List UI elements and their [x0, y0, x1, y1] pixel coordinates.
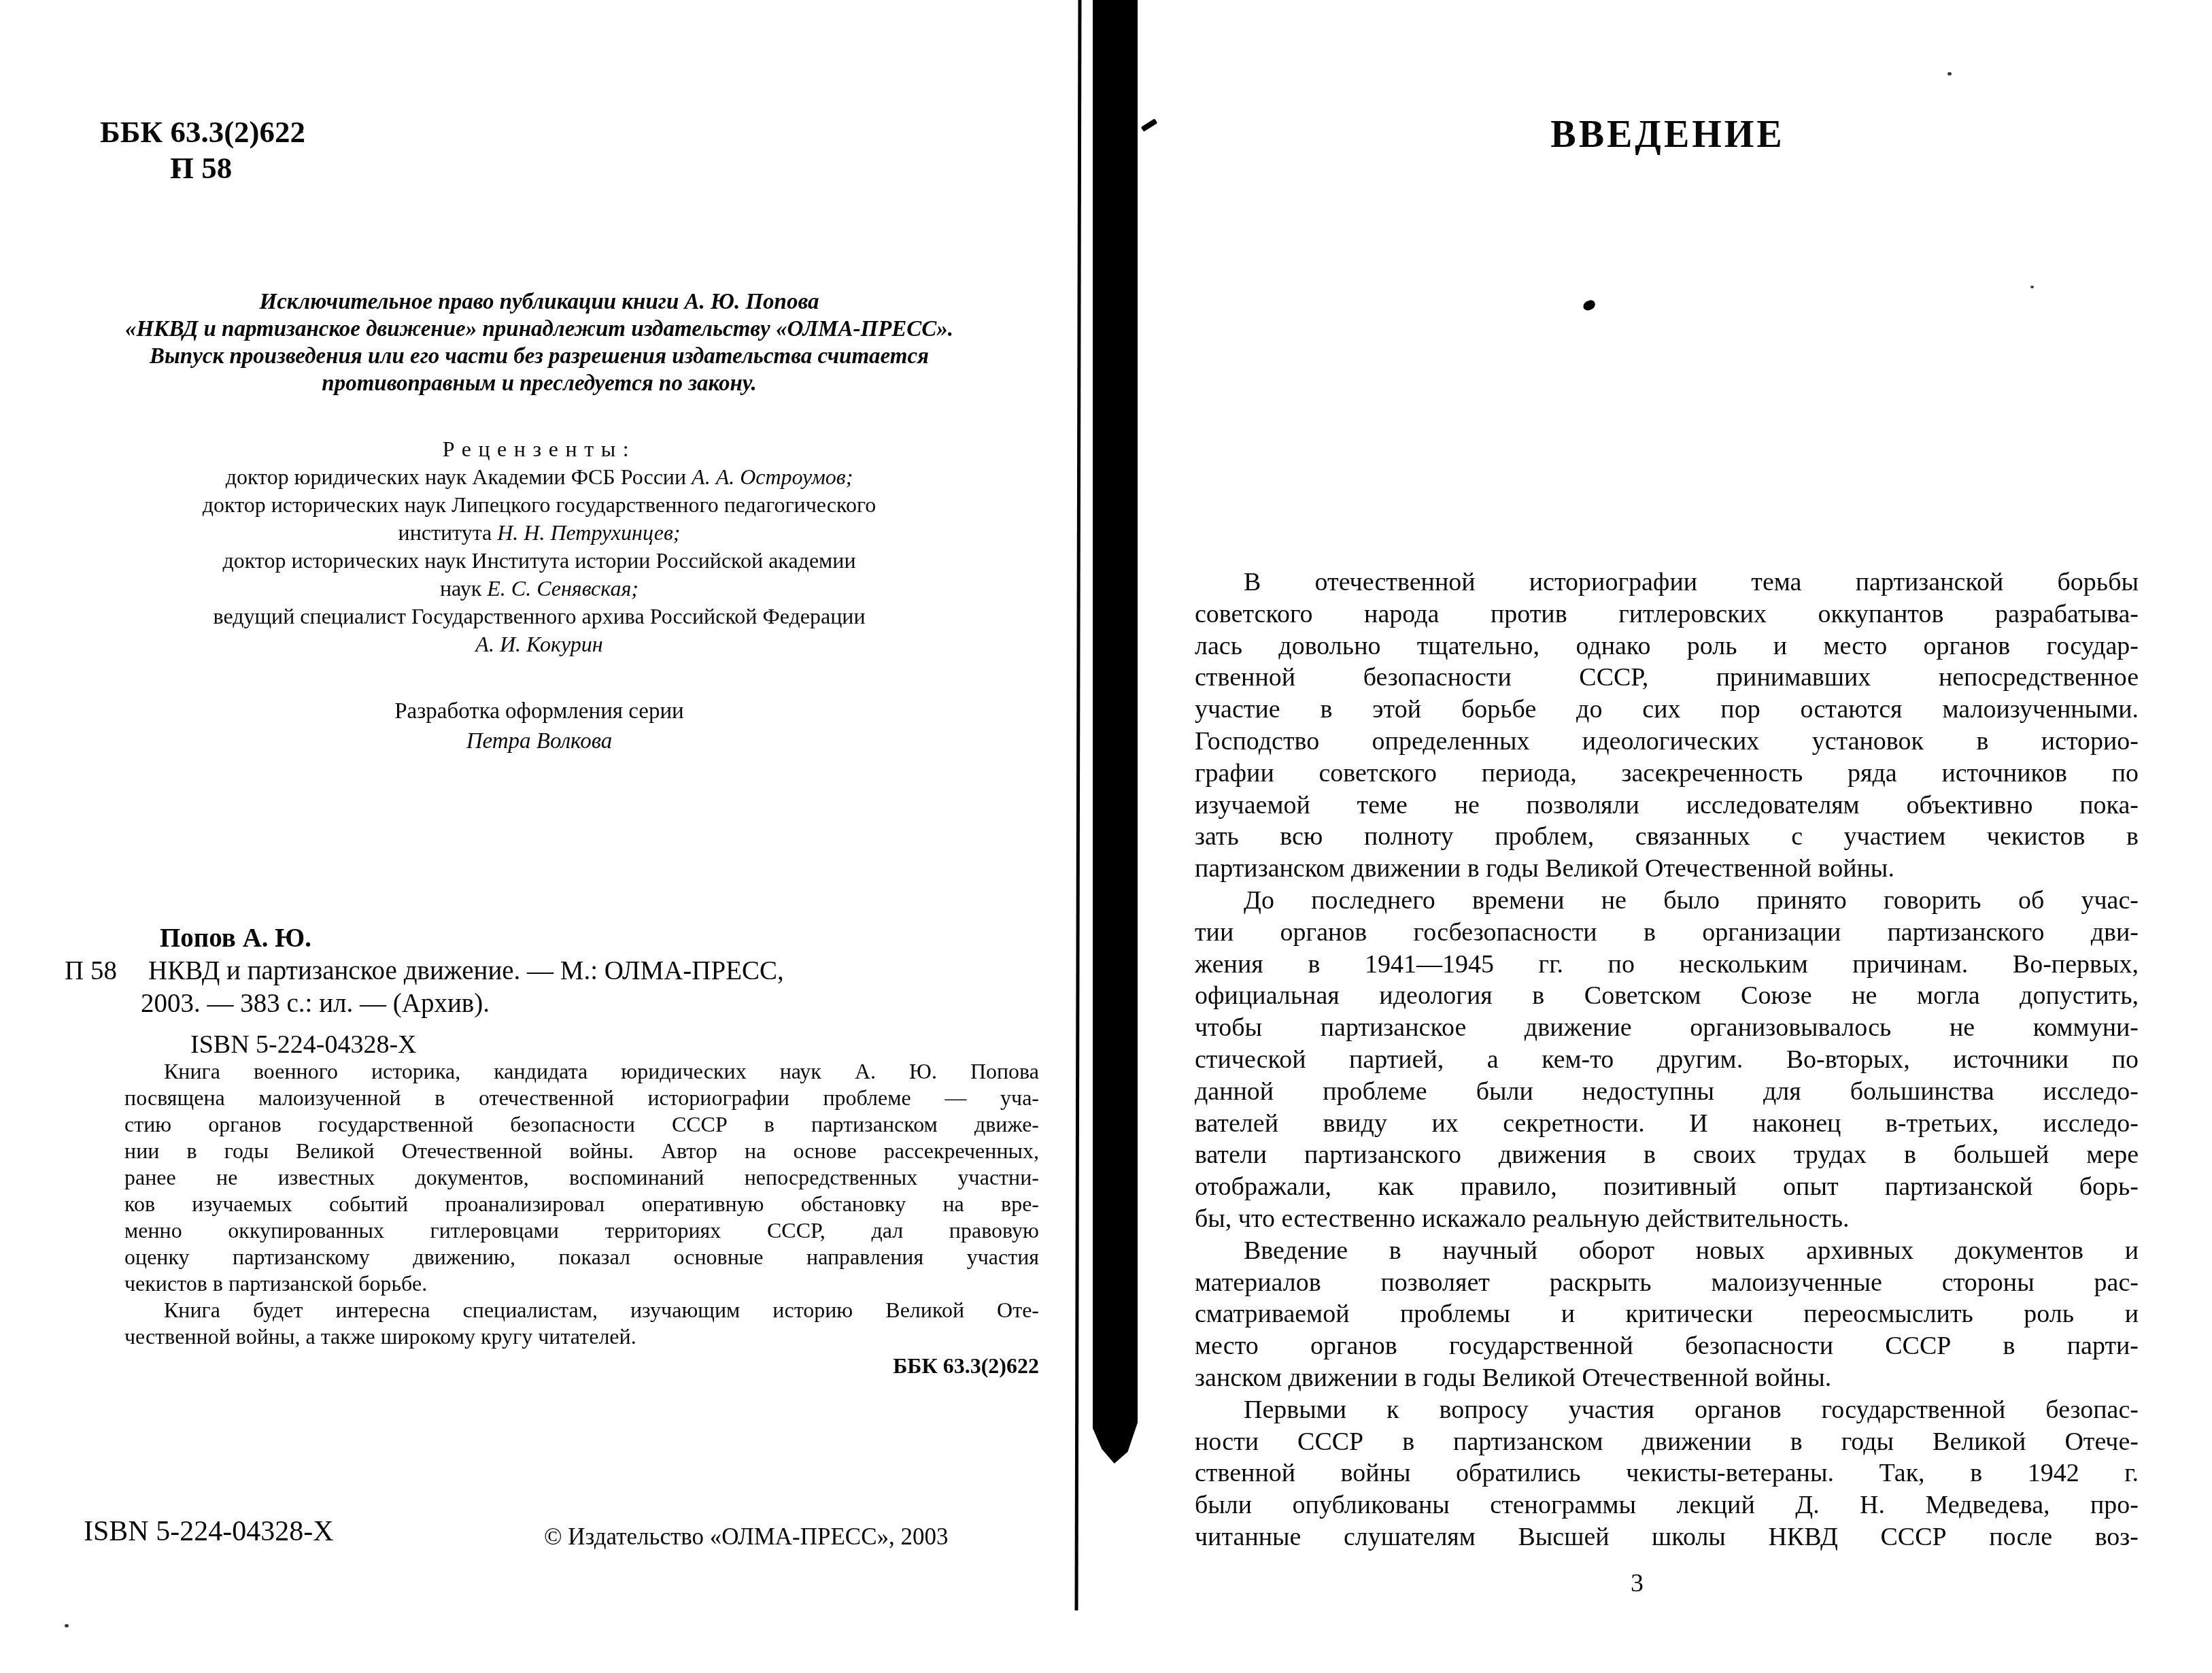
footer-publisher-copyright: © Издательство «ОЛМА-ПРЕСС», 2003: [544, 1523, 949, 1551]
page-number: 3: [1631, 1568, 1644, 1598]
card-imprint: 2003. — 383 с.: ил. — (Архив).: [141, 987, 1020, 1020]
scan-speck: [177, 167, 181, 171]
body-paragraph: Введение в научный оборот новых архивных…: [1195, 1235, 2139, 1394]
card-isbn: ISBN 5-224-04328-X: [190, 1028, 1020, 1061]
series-design-credit: Разработка оформления серииПетра Волкова: [87, 696, 991, 756]
annotation-paragraph: Книга будет интересна специалистам, изуч…: [124, 1297, 1039, 1350]
catalog-card: Попов А. Ю. П 58НКВД и партизанское движ…: [65, 922, 1020, 1061]
gutter-hairline: [1075, 0, 1082, 1610]
scan-speck: [300, 131, 303, 133]
body-paragraph: В отечественной историографии тема парти…: [1195, 567, 2139, 885]
author-sign: П 58: [170, 150, 305, 186]
scan-ink-blob: [1582, 299, 1596, 311]
scan-speck: [65, 1624, 69, 1627]
annotation-block: Книга военного историка, кандидата юриди…: [124, 1058, 1039, 1379]
card-author-sign: П 58: [65, 955, 148, 987]
reviewers-list: доктор юридических наук Академии ФСБ Рос…: [87, 463, 991, 658]
book-spread-scan: { "left_page": { "bbk_code": "ББК 63.3(2…: [0, 0, 2212, 1673]
body-paragraph: Первыми к вопросу участия органов госуда…: [1195, 1394, 2139, 1553]
scan-speck: [2030, 286, 2034, 288]
reviewers-heading: Рецензенты:: [87, 435, 991, 463]
footer-isbn: ISBN 5-224-04328-X: [84, 1515, 333, 1548]
scan-ink-dash: [1141, 118, 1158, 132]
annotation-paragraph: Книга военного историка, кандидата юриди…: [124, 1058, 1039, 1297]
card-title: НКВД и партизанское движение. — М.: ОЛМА…: [148, 956, 784, 985]
bbk-code: ББК 63.3(2)622: [100, 114, 305, 150]
chapter-body: В отечественной историографии тема парти…: [1195, 567, 2139, 1553]
gutter-shadow-band: [1093, 0, 1138, 1464]
scan-speck: [1947, 72, 1952, 75]
bbk-code-bottom: ББК 63.3(2)622: [124, 1353, 1039, 1379]
bbk-classification-block: ББК 63.3(2)622 П 58: [100, 114, 305, 186]
chapter-title: ВВЕДЕНИЕ: [1197, 113, 2139, 156]
copyright-notice: Исключительное право публикации книги А.…: [87, 288, 991, 397]
reviewers-block: Рецензенты: доктор юридических наук Акад…: [87, 435, 991, 658]
card-author: Попов А. Ю.: [160, 922, 1020, 955]
card-title-line: П 58НКВД и партизанское движение. — М.: …: [65, 955, 1020, 987]
body-paragraph: До последнего времени не было принято го…: [1195, 885, 2139, 1235]
